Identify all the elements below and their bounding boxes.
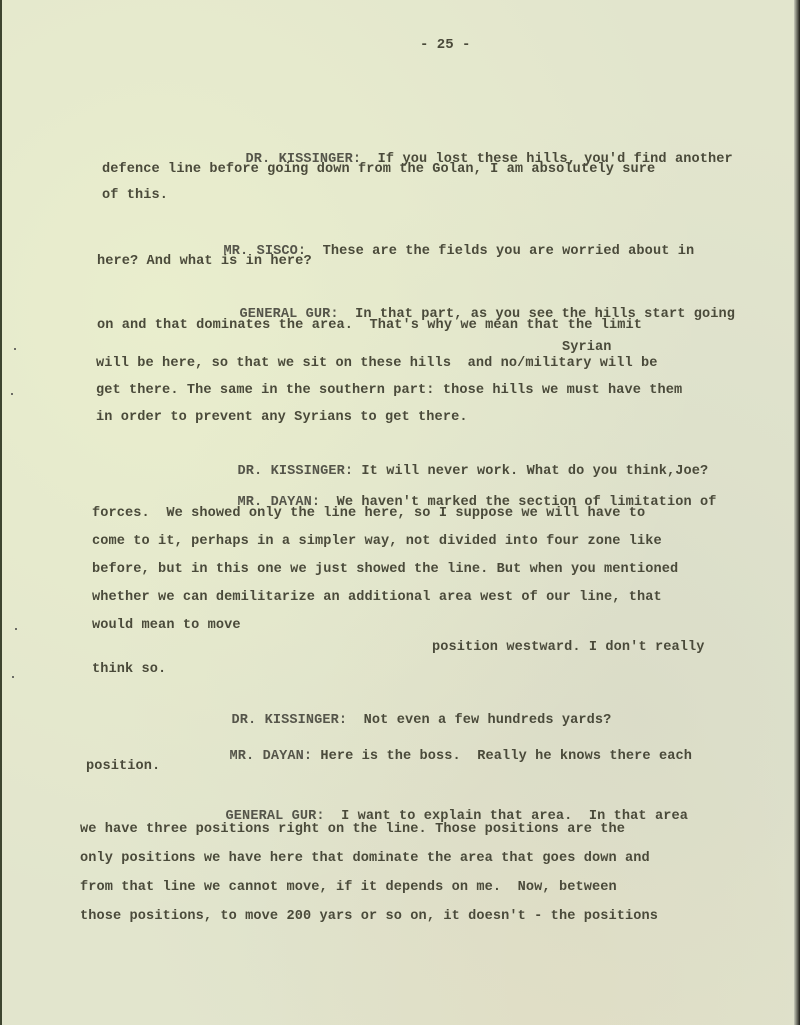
text-line: position. (86, 759, 160, 775)
speaker-label: MR. DAYAN: (230, 749, 313, 764)
text-line: position westward. I don't really (432, 640, 705, 656)
text-line: get there. The same in the southern part… (96, 383, 682, 399)
text-line: It will never work. What do you think,Jo… (361, 464, 708, 479)
scan-speck (11, 393, 13, 395)
text-line: Not even a few hundreds yards? (364, 713, 612, 728)
scan-speck (12, 676, 14, 678)
interlinear-insert: Syrian (562, 340, 612, 356)
text-line: those positions, to move 200 yars or so … (80, 909, 658, 925)
text-line: defence line before going down from the … (102, 162, 655, 178)
text-line: we have three positions right on the lin… (80, 822, 625, 838)
text-line: come to it, perhaps in a simpler way, no… (92, 534, 662, 550)
page-right-edge (794, 0, 800, 1025)
text-line: Here is the boss. Really he knows there … (320, 749, 692, 764)
scan-speck (14, 348, 16, 350)
text-line: from that line we cannot move, if it dep… (80, 880, 617, 896)
text-line: These are the fields you are worried abo… (323, 244, 695, 259)
page-number: - 25 - (420, 37, 470, 53)
text-line: whether we can demilitarize an additiona… (92, 590, 662, 606)
text-line: here? And what is in here? (97, 254, 312, 270)
text-line: before, but in this one we just showed t… (92, 562, 678, 578)
speaker-label: DR. KISSINGER: (232, 713, 348, 728)
text-line: only positions we have here that dominat… (80, 851, 650, 867)
scan-speck (15, 628, 17, 630)
scanned-page: - 25 - DR. KISSINGER: If you lost these … (0, 0, 800, 1025)
text-line: in order to prevent any Syrians to get t… (96, 410, 468, 426)
text-line: would mean to move (92, 618, 241, 634)
text-line: will be here, so that we sit on these hi… (96, 356, 658, 372)
speaker-label: DR. KISSINGER: (238, 464, 354, 479)
text-line: forces. We showed only the line here, so… (92, 506, 645, 522)
text-line: on and that dominates the area. That's w… (97, 318, 642, 334)
text-line: think so. (92, 662, 166, 678)
page-left-edge (0, 0, 2, 1025)
text-line: of this. (102, 188, 168, 204)
